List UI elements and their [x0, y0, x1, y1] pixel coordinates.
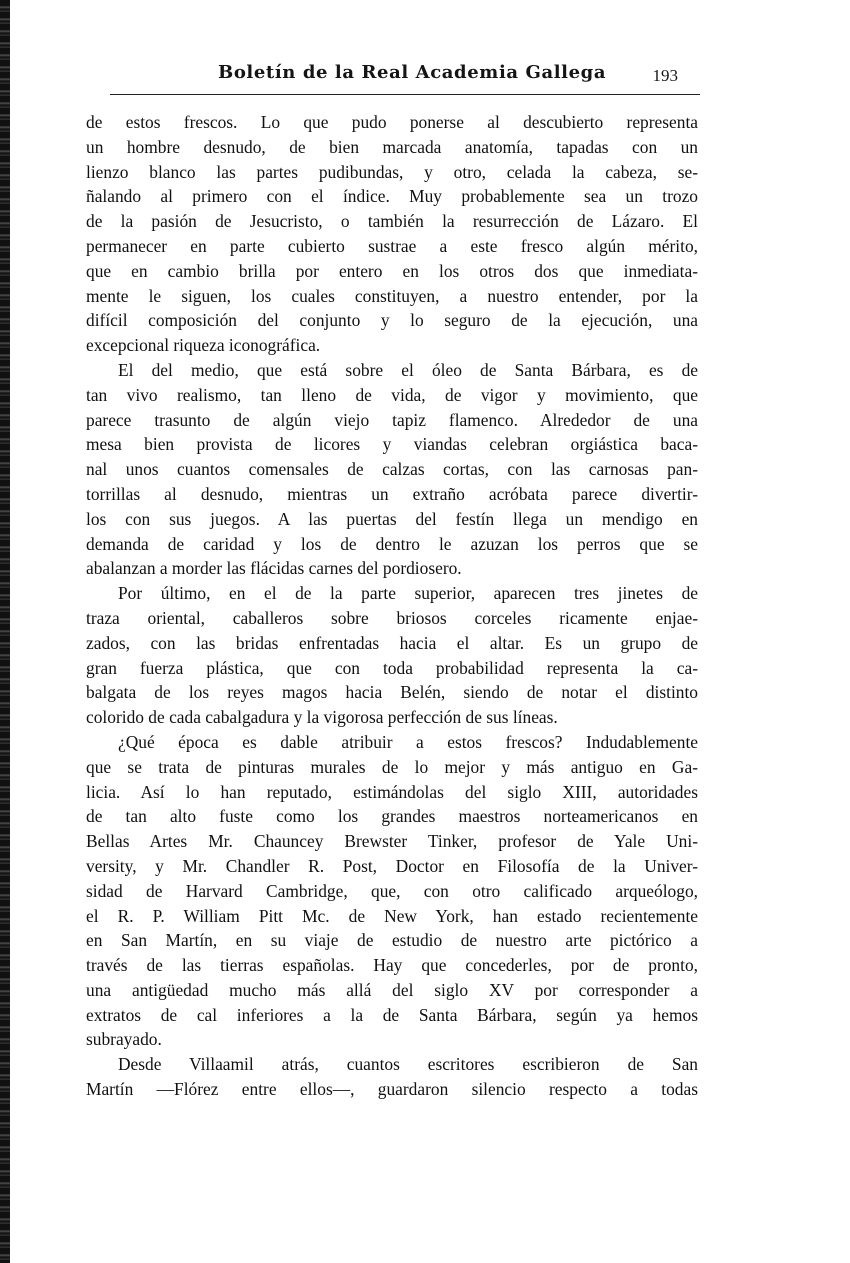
- text-line: sidad de Harvard Cambridge, que, con otr…: [86, 879, 698, 904]
- text-line: abalanzan a morder las flácidas carnes d…: [86, 556, 698, 581]
- paragraph: Desde Villaamil atrás, cuantos escritore…: [86, 1052, 698, 1102]
- text-line: en San Martín, en su viaje de estudio de…: [86, 928, 698, 953]
- paragraph: El del medio, que está sobre el óleo de …: [86, 358, 698, 581]
- text-line: el R. P. William Pitt Mc. de New York, h…: [86, 904, 698, 929]
- header-rule: [110, 94, 700, 95]
- text-line: Bellas Artes Mr. Chauncey Brewster Tinke…: [86, 829, 698, 854]
- text-line: versity, y Mr. Chandler R. Post, Doctor …: [86, 854, 698, 879]
- text-line: ñalando al primero con el índice. Muy pr…: [86, 184, 698, 209]
- text-line: extratos de cal inferiores a la de Santa…: [86, 1003, 698, 1028]
- text-line: Martín —Flórez entre ellos—, guardaron s…: [86, 1077, 698, 1102]
- text-line: ¿Qué época es dable atribuir a estos fre…: [86, 730, 698, 755]
- text-line: excepcional riqueza iconográfica.: [86, 333, 698, 358]
- text-line: permanecer en parte cubierto sustrae a e…: [86, 234, 698, 259]
- paragraph: ¿Qué época es dable atribuir a estos fre…: [86, 730, 698, 1052]
- text-line: difícil composición del conjunto y lo se…: [86, 308, 698, 333]
- text-line: El del medio, que está sobre el óleo de …: [86, 358, 698, 383]
- text-line: subrayado.: [86, 1027, 698, 1052]
- text-line: licia. Así lo han reputado, estimándolas…: [86, 780, 698, 805]
- text-line: de estos frescos. Lo que pudo ponerse al…: [86, 110, 698, 135]
- text-line: nal unos cuantos comensales de calzas co…: [86, 457, 698, 482]
- text-line: parece trasunto de algún viejo tapiz fla…: [86, 408, 698, 433]
- text-line: de la pasión de Jesucristo, o también la…: [86, 209, 698, 234]
- text-line: Por último, en el de la parte superior, …: [86, 581, 698, 606]
- text-line: través de las tierras españolas. Hay que…: [86, 953, 698, 978]
- text-line: Desde Villaamil atrás, cuantos escritore…: [86, 1052, 698, 1077]
- text-line: tan vivo realismo, tan lleno de vida, de…: [86, 383, 698, 408]
- text-line: traza oriental, caballeros sobre briosos…: [86, 606, 698, 631]
- paragraph: de estos frescos. Lo que pudo ponerse al…: [86, 110, 698, 358]
- text-line: un hombre desnudo, de bien marcada anato…: [86, 135, 698, 160]
- text-line: zados, con las bridas enfrentadas hacia …: [86, 631, 698, 656]
- text-line: de tan alto fuste como los grandes maest…: [86, 804, 698, 829]
- text-line: gran fuerza plástica, que con toda proba…: [86, 656, 698, 681]
- text-line: que en cambio brilla por entero en los o…: [86, 259, 698, 284]
- text-line: balgata de los reyes magos hacia Belén, …: [86, 680, 698, 705]
- text-line: colorido de cada cabalgadura y la vigoro…: [86, 705, 698, 730]
- text-line: demanda de caridad y los de dentro le az…: [86, 532, 698, 557]
- paragraph: Por último, en el de la parte superior, …: [86, 581, 698, 730]
- page-number: 193: [653, 66, 679, 86]
- journal-title: Boletín de la Real Academia Gallega: [218, 62, 606, 83]
- running-header: Boletín de la Real Academia Gallega 193: [110, 60, 700, 96]
- page-binding-edge: [0, 0, 10, 1263]
- text-line: lienzo blanco las partes pudibundas, y o…: [86, 160, 698, 185]
- text-line: torrillas al desnudo, mientras un extrañ…: [86, 482, 698, 507]
- text-line: mesa bien provista de licores y viandas …: [86, 432, 698, 457]
- body-text: de estos frescos. Lo que pudo ponerse al…: [86, 110, 698, 1102]
- text-line: que se trata de pinturas murales de lo m…: [86, 755, 698, 780]
- text-line: mente le siguen, los cuales constituyen,…: [86, 284, 698, 309]
- text-line: una antigüedad mucho más allá del siglo …: [86, 978, 698, 1003]
- text-line: los con sus juegos. A las puertas del fe…: [86, 507, 698, 532]
